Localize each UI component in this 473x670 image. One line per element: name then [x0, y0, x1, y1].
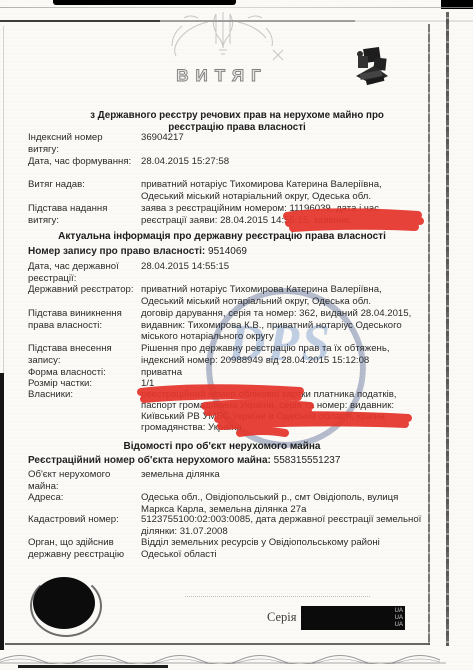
section-heading: Відомості про об'єкт нерухомого майна: [0, 441, 444, 452]
row-value: договір дарування, серія та номер: 362, …: [141, 308, 422, 343]
table-row: Дата, час формування: 28.04.2015 15:27:5…: [28, 156, 422, 168]
record-number-line: Номер запису про право власності: 951406…: [28, 246, 428, 257]
document-text: з Державного реєстру речових прав на нер…: [0, 0, 473, 670]
row-label: Державний реєстратор:: [28, 284, 141, 307]
row-value: Відділ земельних ресурсів у Овідіопольсь…: [141, 537, 422, 560]
row-value: заява з реєстраційним номером: 11196039,…: [141, 203, 422, 226]
section-heading: Актуальна інформація про державну реєстр…: [0, 231, 444, 242]
row-label: Підстава виникнення права власності:: [28, 308, 141, 343]
table-row: Орган, що здійснив державну реєстрацію В…: [28, 537, 422, 560]
record-label: Реєстраційний номер об'єкта нерухомого м…: [28, 455, 271, 466]
table-row: Кадастровий номер: 5123755100:02:003:008…: [28, 514, 422, 537]
row-label: Адреса:: [28, 492, 141, 515]
table-row: Форма власності: приватна: [28, 367, 422, 379]
row-value: 28.04.2015 14:55:15: [141, 261, 422, 284]
row-value: Рішення про державну реєстрацію прав та …: [141, 343, 422, 366]
row-label: Власники:: [28, 389, 141, 433]
row-value: 1/1: [141, 378, 422, 390]
row-value: приватний нотаріус Тихомирова Катерина В…: [141, 179, 422, 202]
row-label: Дата, час державної реєстрації:: [28, 261, 141, 284]
row-label: Підстава внесення запису:: [28, 343, 141, 366]
table-row: Підстава внесення запису: Рішення про де…: [28, 343, 422, 366]
table-row: Адреса: Одеська обл., Овідіопольський р.…: [28, 492, 422, 515]
document-subtitle: з Державного реєстру речових прав на нер…: [62, 110, 412, 134]
row-value: реєстраційний номер облікової картки пла…: [141, 389, 422, 433]
row-value: Одеська обл., Овідіопольський р., смт Ов…: [141, 492, 422, 515]
table-row: Дата, час державної реєстрації: 28.04.20…: [28, 261, 422, 284]
row-label: Орган, що здійснив державну реєстрацію: [28, 537, 141, 560]
table-row: Підстава виникнення права власності: дог…: [28, 308, 422, 343]
row-label: Розмір частки:: [28, 378, 141, 390]
row-label: Об'єкт нерухомого майна:: [28, 469, 141, 492]
row-value: 36904217: [141, 132, 422, 155]
table-row: Підстава надання витягу: заява з реєстра…: [28, 203, 422, 226]
row-label: Витяг надав:: [28, 179, 141, 202]
record-value: 558315551237: [274, 455, 341, 466]
table-row: Розмір частки: 1/1: [28, 378, 422, 390]
row-label: Кадастровий номер:: [28, 514, 141, 537]
row-value: земельна ділянка: [141, 469, 422, 492]
record-value: 9514069: [208, 246, 247, 257]
record-number-line: Реєстраційний номер об'єкта нерухомого м…: [28, 455, 428, 466]
row-value: 28.04.2015 15:27:58: [141, 156, 422, 168]
row-value: приватна: [141, 367, 422, 379]
row-label: Підстава надання витягу:: [28, 203, 141, 226]
table-row: Витяг надав: приватний нотаріус Тихомиро…: [28, 179, 422, 202]
table-row: Власники: реєстраційний номер облікової …: [28, 389, 422, 433]
table-row: Індексний номер витягу: 36904217: [28, 132, 422, 155]
record-label: Номер запису про право власності:: [28, 246, 205, 257]
row-value: приватний нотаріус Тихомирова Катерина В…: [141, 284, 422, 307]
row-value: 5123755100:02:003:0085, дата державної р…: [141, 514, 422, 537]
scanned-document-page: ВИТЯГ DPS з Державного реєстру речових п…: [0, 0, 473, 670]
table-row: Державний реєстратор: приватний нотаріус…: [28, 284, 422, 307]
row-label: Індексний номер витягу:: [28, 132, 141, 155]
row-label: Форма власності:: [28, 367, 141, 379]
row-label: Дата, час формування:: [28, 156, 141, 168]
table-row: Об'єкт нерухомого майна: земельна ділянк…: [28, 469, 422, 492]
